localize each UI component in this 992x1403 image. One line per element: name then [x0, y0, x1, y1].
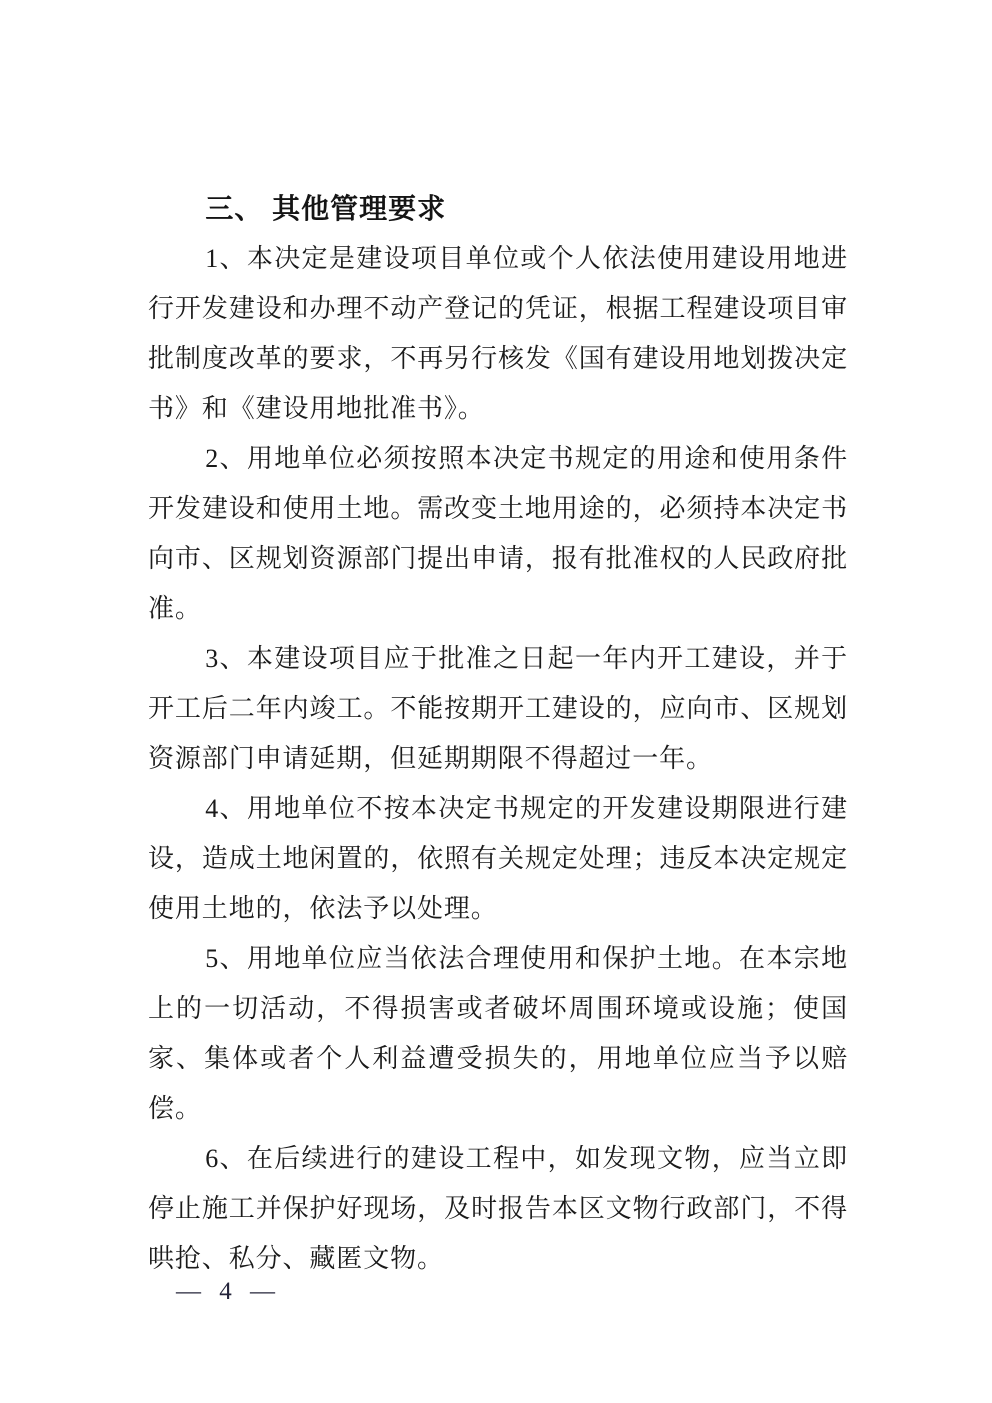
paragraph-2: 2、用地单位必须按照本决定书规定的用途和使用条件开发建设和使用土地。需改变土地用…	[148, 434, 848, 634]
section-heading: 三、 其他管理要求	[148, 184, 848, 234]
paragraph-6: 6、在后续进行的建设工程中，如发现文物，应当立即停止施工并保护好现场，及时报告本…	[148, 1134, 848, 1284]
document-body: 三、 其他管理要求 1、本决定是建设项目单位或个人依法使用建设用地进行开发建设和…	[148, 184, 848, 1284]
paragraph-3: 3、本建设项目应于批准之日起一年内开工建设，并于开工后二年内竣工。不能按期开工建…	[148, 634, 848, 784]
paragraph-1: 1、本决定是建设项目单位或个人依法使用建设用地进行开发建设和办理不动产登记的凭证…	[148, 234, 848, 434]
document-page: 三、 其他管理要求 1、本决定是建设项目单位或个人依法使用建设用地进行开发建设和…	[0, 0, 992, 1403]
page-number: — 4 —	[176, 1278, 281, 1306]
paragraph-4: 4、用地单位不按本决定书规定的开发建设期限进行建设，造成土地闲置的，依照有关规定…	[148, 784, 848, 934]
paragraph-5: 5、用地单位应当依法合理使用和保护土地。在本宗地上的一切活动，不得损害或者破坏周…	[148, 934, 848, 1134]
